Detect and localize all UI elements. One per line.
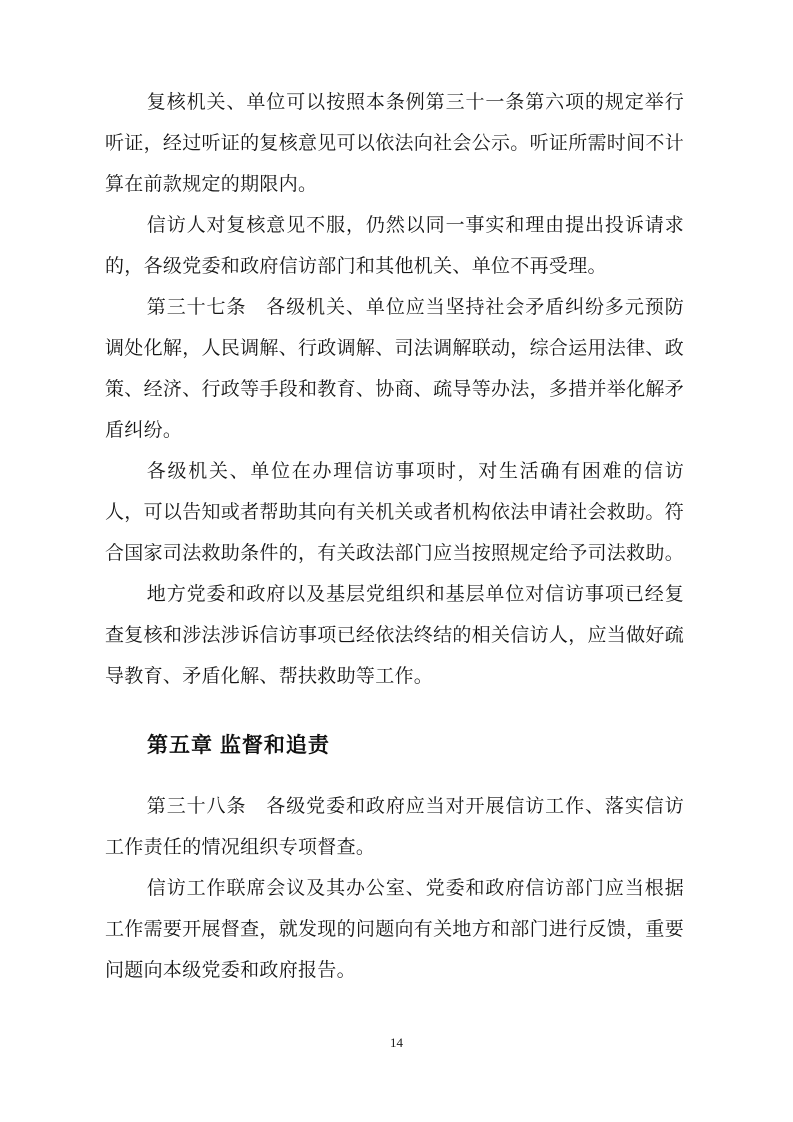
paragraph: 信访工作联席会议及其办公室、党委和政府信访部门应当根据工作需要开展督查，就发现的…	[105, 868, 684, 991]
paragraph: 信访人对复核意见不服，仍然以同一事实和理由提出投诉请求的，各级党委和政府信访部门…	[105, 205, 684, 287]
paragraph: 复核机关、单位可以按照本条例第三十一条第六项的规定举行听证，经过听证的复核意见可…	[105, 82, 684, 205]
page-footer: 14	[0, 1034, 793, 1052]
paragraph-article-37: 第三十七条 各级机关、单位应当坚持社会矛盾纠纷多元预防调处化解，人民调解、行政调…	[105, 287, 684, 451]
paragraph: 各级机关、单位在办理信访事项时，对生活确有困难的信访人，可以告知或者帮助其向有关…	[105, 451, 684, 574]
page-number: 14	[390, 1035, 403, 1050]
paragraph-article-38: 第三十八条 各级党委和政府应当对开展信访工作、落实信访工作责任的情况组织专项督查…	[105, 786, 684, 868]
chapter-heading: 第五章 监督和追责	[105, 725, 684, 766]
document-content: 复核机关、单位可以按照本条例第三十一条第六项的规定举行听证，经过听证的复核意见可…	[105, 82, 684, 991]
document-page: 复核机关、单位可以按照本条例第三十一条第六项的规定举行听证，经过听证的复核意见可…	[0, 0, 793, 1122]
paragraph: 地方党委和政府以及基层党组织和基层单位对信访事项已经复查复核和涉法涉诉信访事项已…	[105, 574, 684, 697]
